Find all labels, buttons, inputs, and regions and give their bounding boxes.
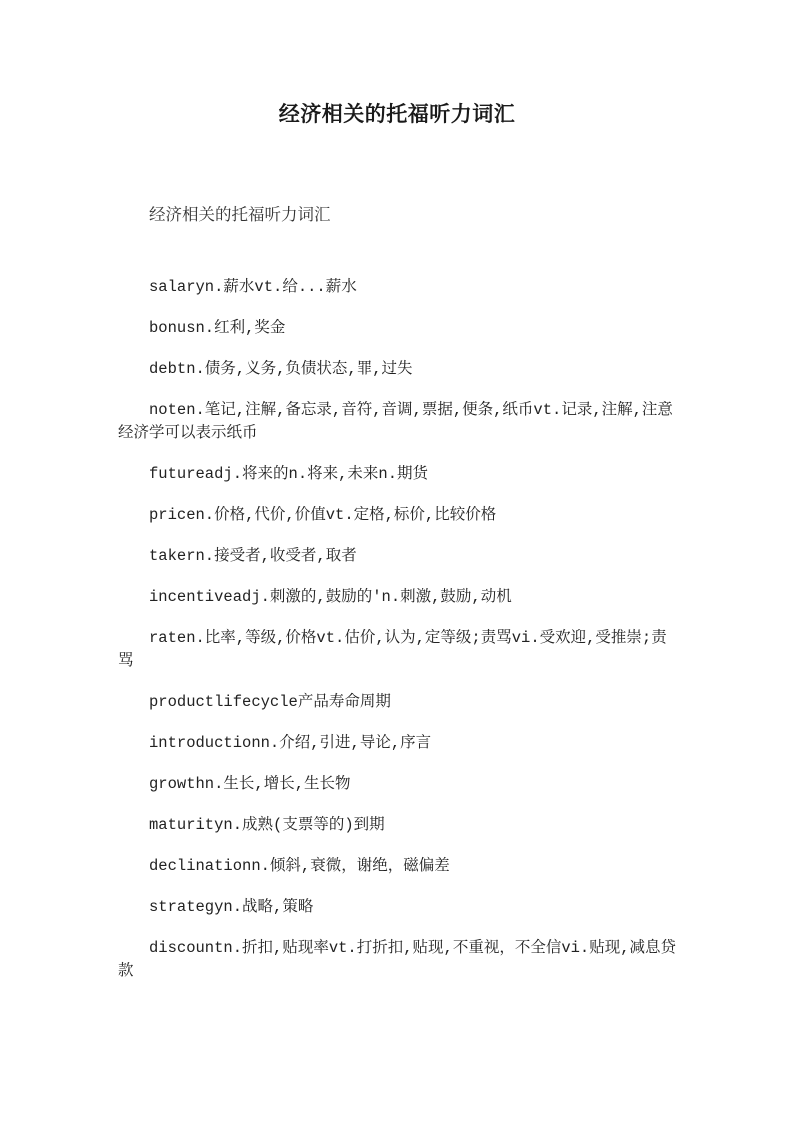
- vocabulary-entry: discountn.折扣,贴现率vt.打折扣,贴现,不重视，不全信vi.贴现,减…: [118, 937, 678, 983]
- vocabulary-entry: maturityn.成熟(支票等的)到期: [118, 814, 678, 837]
- vocabulary-entry: declinationn.倾斜,衰微，谢绝，磁偏差: [118, 855, 678, 878]
- document-page: 经济相关的托福听力词汇 经济相关的托福听力词汇 salaryn.薪水vt.给..…: [0, 0, 794, 1123]
- vocabulary-entry: futureadj.将来的n.将来,未来n.期货: [118, 463, 678, 486]
- vocabulary-entry: incentiveadj.刺激的,鼓励的'n.刺激,鼓励,动机: [118, 586, 678, 609]
- vocabulary-entry: introductionn.介绍,引进,导论,序言: [118, 732, 678, 755]
- vocabulary-entry: takern.接受者,收受者,取者: [118, 545, 678, 568]
- vocabulary-entry: debtn.债务,义务,负债状态,罪,过失: [118, 358, 678, 381]
- document-subtitle: 经济相关的托福听力词汇: [149, 201, 331, 225]
- vocabulary-entry: productlifecycle产品寿命周期: [118, 691, 678, 714]
- vocabulary-entry: strategyn.战略,策略: [118, 896, 678, 919]
- vocabulary-entry: pricen.价格,代价,价值vt.定格,标价,比较价格: [118, 504, 678, 527]
- vocabulary-entry: bonusn.红利,奖金: [118, 317, 678, 340]
- vocabulary-entry: salaryn.薪水vt.给...薪水: [118, 276, 678, 299]
- vocabulary-list: salaryn.薪水vt.给...薪水 bonusn.红利,奖金 debtn.债…: [118, 276, 678, 1001]
- vocabulary-entry: growthn.生长,增长,生长物: [118, 773, 678, 796]
- vocabulary-entry: noten.笔记,注解,备忘录,音符,音调,票据,便条,纸币vt.记录,注解,注…: [118, 399, 678, 445]
- vocabulary-entry: raten.比率,等级,价格vt.估价,认为,定等级;责骂vi.受欢迎,受推崇;…: [118, 627, 678, 673]
- document-title: 经济相关的托福听力词汇: [0, 98, 794, 128]
